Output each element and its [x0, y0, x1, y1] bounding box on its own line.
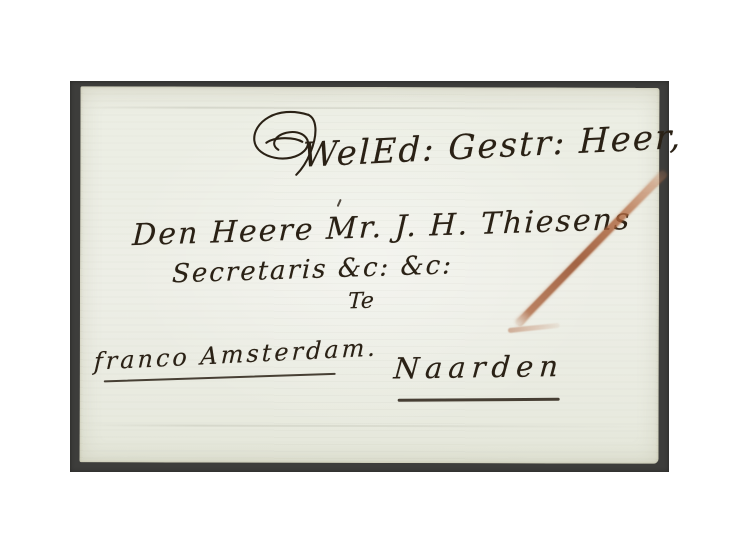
paper-fold-crease: [80, 424, 659, 428]
stray-ink-mark: [337, 199, 342, 207]
addressee-title-line: Secretaris &c: &c:: [172, 252, 454, 287]
franco-underline: [104, 373, 336, 382]
destination-underline: [398, 398, 560, 402]
addressee-line: Den Heere Mr. J. H. Thiesens: [132, 205, 632, 251]
red-chalk-rate-mark: [515, 170, 668, 327]
paper-fold-crease: [80, 106, 659, 110]
preposition-line: Te: [348, 291, 375, 314]
page-background: WelEd: Gestr: Heer, Den Heere Mr. J. H. …: [0, 0, 740, 557]
salutation-line: WelEd: Gestr: Heer,: [302, 120, 682, 173]
destination-line: Naarden: [393, 352, 565, 384]
cover-photo-mount: WelEd: Gestr: Heer, Den Heere Mr. J. H. …: [70, 81, 669, 472]
franco-notation: franco Amsterdam.: [94, 336, 379, 374]
letter-paper: WelEd: Gestr: Heer, Den Heere Mr. J. H. …: [80, 86, 660, 464]
red-chalk-smudge: [508, 323, 560, 333]
